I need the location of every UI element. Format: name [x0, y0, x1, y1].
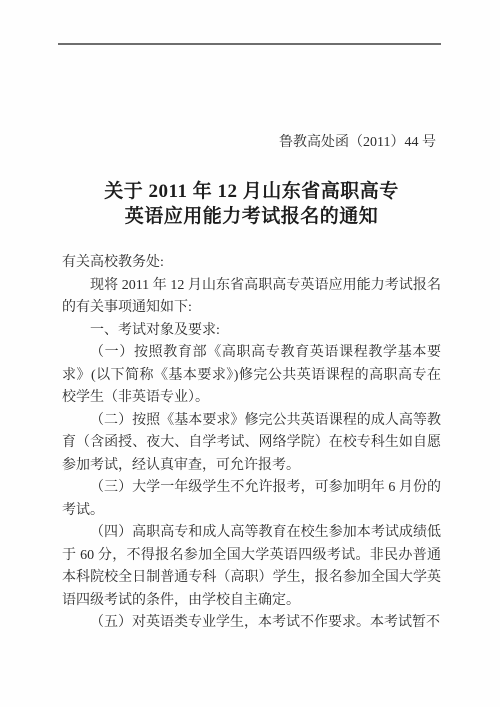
- title-line-1: 关于 2011 年 12 月山东省高职高专: [60, 179, 443, 204]
- salutation: 有关高校教务处:: [62, 252, 441, 275]
- reference-number: 鲁教高处函（2011）44 号: [279, 134, 436, 152]
- title-line-2: 英语应用能力考试报名的通知: [60, 204, 443, 229]
- body-paragraph: （一）按照教育部《高职高专教育英语课程教学基本要求》(以下简称《基本要求》)修完…: [62, 342, 441, 410]
- body-paragraph: 一、考试对象及要求:: [62, 320, 441, 343]
- body-paragraph: （二）按照《基本要求》修完公共英语课程的成人高等教育（含函授、夜大、自学考试、网…: [62, 410, 441, 478]
- document-page: 鲁教高处函（2011）44 号 关于 2011 年 12 月山东省高职高专 英语…: [0, 0, 500, 707]
- document-body: 有关高校教务处: 现将 2011 年 12 月山东省高职高专英语应用能力考试报名…: [62, 252, 441, 635]
- document-title: 关于 2011 年 12 月山东省高职高专 英语应用能力考试报名的通知: [60, 179, 443, 229]
- body-paragraph: 现将 2011 年 12 月山东省高职高专英语应用能力考试报名的有关事项通知如下…: [62, 275, 441, 320]
- body-paragraph: （三）大学一年级学生不允许报考，可参加明年 6 月份的考试。: [62, 477, 441, 522]
- body-paragraph: （四）高职高专和成人高等教育在校生参加本考试成绩低于 60 分，不得报名参加全国…: [62, 522, 441, 612]
- body-paragraph: （五）对英语类专业学生，本考试不作要求。本考试暂不: [62, 612, 441, 635]
- header-divider: [58, 43, 441, 45]
